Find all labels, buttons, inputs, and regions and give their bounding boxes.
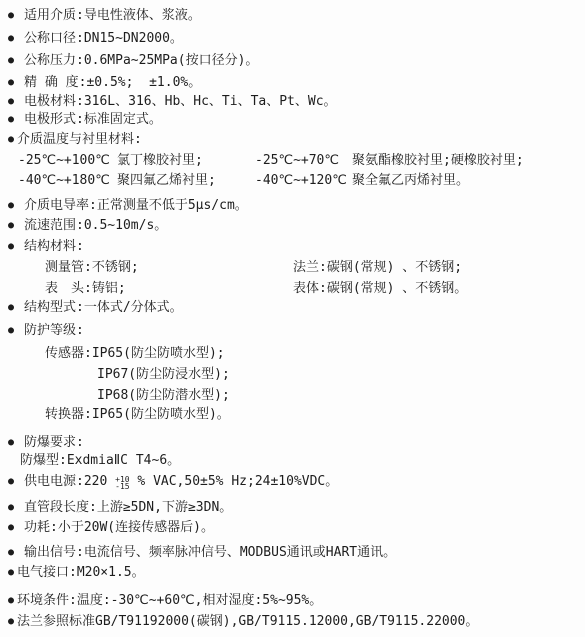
bullet-icon: ● [0,545,24,561]
spec-text: 公称压力:0.6MPa~25MPa(按口径分)。 [24,53,258,68]
bullet-icon: ● [0,8,24,24]
temp-range: -25℃~+70℃ [255,153,339,169]
spec-applicable-medium: ●适用介质:导电性液体、浆液。 [0,8,585,24]
bullet-icon: ● [0,31,24,47]
spec-flange-standard: ●法兰参照标准GB/T91192000(碳钢),GB/T9115.12000,G… [0,614,585,630]
spec-text: 电极形式:标准固定式。 [24,112,162,127]
bullet-icon: ● [0,198,24,214]
power-supply-suffix: % VAC,50±5% Hz;24±10%VDC。 [130,474,339,489]
spec-protection-rating-header: ●防护等级: [0,323,585,339]
spec-electrical-interface: ●电气接口:M20×1.5。 [0,565,585,581]
bullet-icon: ● [0,218,24,234]
spec-medium-conductivity: ●介质电导率:正常测量不低于5μs/cm。 [0,198,585,214]
protection-rating-item: IP67(防尘防浸水型); [97,367,230,383]
bullet-icon: ● [0,565,17,581]
spec-text: 法兰参照标准GB/T91192000(碳钢),GB/T9115.12000,GB… [17,614,478,629]
power-supply-prefix: 供电电源:220 [24,474,115,489]
bullet-icon: ● [0,435,24,451]
spec-text: 流速范围:0.5~10m/s。 [24,218,167,233]
bullet-icon: ● [0,239,24,255]
lining-material: 氯丁橡胶衬里; [117,153,203,169]
bullet-icon: ● [0,75,24,91]
spec-text: 精 确 度:±0.5%; ±1.0%。 [24,75,201,90]
spec-structure-type: ●结构型式:一体式/分体式。 [0,300,585,316]
protection-rating-item: IP68(防尘防潜水型); [97,388,230,404]
spec-medium-temp-lining-header: ●介质温度与衬里材料: [0,132,585,148]
spec-text: 电气接口:M20×1.5。 [17,565,145,580]
spec-text: 环境条件:温度:-30℃~+60℃,相对湿度:5%~95%。 [17,593,322,608]
spec-nominal-diameter: ●公称口径:DN15~DN2000。 [0,31,585,47]
structure-material-item: 法兰:碳钢(常规) 、不锈钢; [293,260,462,276]
protection-rating-item: 转换器:IP65(防尘防喷水型)。 [45,407,230,423]
spec-electrode-material: ●电极材料:316L、316、Hb、Hc、Ti、Ta、Pt、Wc。 [0,94,585,110]
spec-text: 电极材料:316L、316、Hb、Hc、Ti、Ta、Pt、Wc。 [24,94,337,109]
power-tolerance-fraction: +10-15 [115,476,129,490]
spec-text: 结构型式:一体式/分体式。 [24,300,183,315]
bullet-icon: ● [0,112,24,128]
lining-material: 聚全氟乙丙烯衬里。 [352,173,469,189]
spec-text: 介质电导率:正常测量不低于5μs/cm。 [24,198,248,213]
bullet-icon: ● [0,500,24,516]
spec-text: 直管段长度:上游≥5DN,下游≥3DN。 [24,500,232,515]
protection-rating-item: 传感器:IP65(防尘防喷水型); [45,346,225,362]
spec-text: 功耗:小于20W(连接传感器后)。 [24,520,214,535]
bullet-icon: ● [0,614,17,630]
spec-electrode-form: ●电极形式:标准固定式。 [0,112,585,128]
spec-text: 防护等级: [24,323,84,338]
spec-straight-pipe-length: ●直管段长度:上游≥5DN,下游≥3DN。 [0,500,585,516]
spec-environment-conditions: ●环境条件:温度:-30℃~+60℃,相对湿度:5%~95%。 [0,593,585,609]
spec-text: 适用介质:导电性液体、浆液。 [24,8,201,23]
spec-text: 输出信号:电流信号、频率脉冲信号、MODBUS通讯或HART通讯。 [24,545,396,560]
lining-material: 聚四氟乙烯衬里; [117,173,216,189]
structure-material-item: 表体:碳钢(常规) 、不锈钢。 [293,281,467,297]
spec-nominal-pressure: ●公称压力:0.6MPa~25MPa(按口径分)。 [0,53,585,69]
spec-text: 介质温度与衬里材料: [17,132,142,147]
bullet-icon: ● [0,53,24,69]
power-tolerance-lower: -15 [115,483,129,490]
bullet-icon: ● [0,520,24,536]
spec-text: 结构材料: [24,239,84,254]
bullet-icon: ● [0,94,24,110]
structure-material-item: 测量管:不锈钢; [45,260,139,276]
bullet-icon: ● [0,593,17,609]
spec-structure-materials-header: ●结构材料: [0,239,585,255]
spec-output-signal: ●输出信号:电流信号、频率脉冲信号、MODBUS通讯或HART通讯。 [0,545,585,561]
spec-power-consumption: ●功耗:小于20W(连接传感器后)。 [0,520,585,536]
temp-range: -40℃~+120℃ [255,173,347,189]
spec-accuracy: ●精 确 度:±0.5%; ±1.0%。 [0,75,585,91]
temp-range: -25℃~+100℃ [18,153,110,169]
lining-material: 聚氨酯橡胶衬里;硬橡胶衬里; [352,153,524,169]
spec-power-supply: ●供电电源:220 +10-15 % VAC,50±5% Hz;24±10%VD… [0,474,585,490]
spec-document-page: ●适用介质:导电性液体、浆液。 ●公称口径:DN15~DN2000。 ●公称压力… [0,0,585,637]
spec-flow-velocity-range: ●流速范围:0.5~10m/s。 [0,218,585,234]
spec-text: 公称口径:DN15~DN2000。 [24,31,183,46]
spec-text: 防爆要求: [24,435,84,450]
structure-material-item: 表 头:铸铝; [45,281,126,297]
bullet-icon: ● [0,323,24,339]
explosion-proof-type: 防爆型:ExdmiaⅡC T4~6。 [20,453,180,469]
bullet-icon: ● [0,132,17,148]
bullet-icon: ● [0,300,24,316]
spec-explosion-proof-header: ●防爆要求: [0,435,585,451]
bullet-icon: ● [0,474,24,490]
temp-range: -40℃~+180℃ [18,173,110,189]
